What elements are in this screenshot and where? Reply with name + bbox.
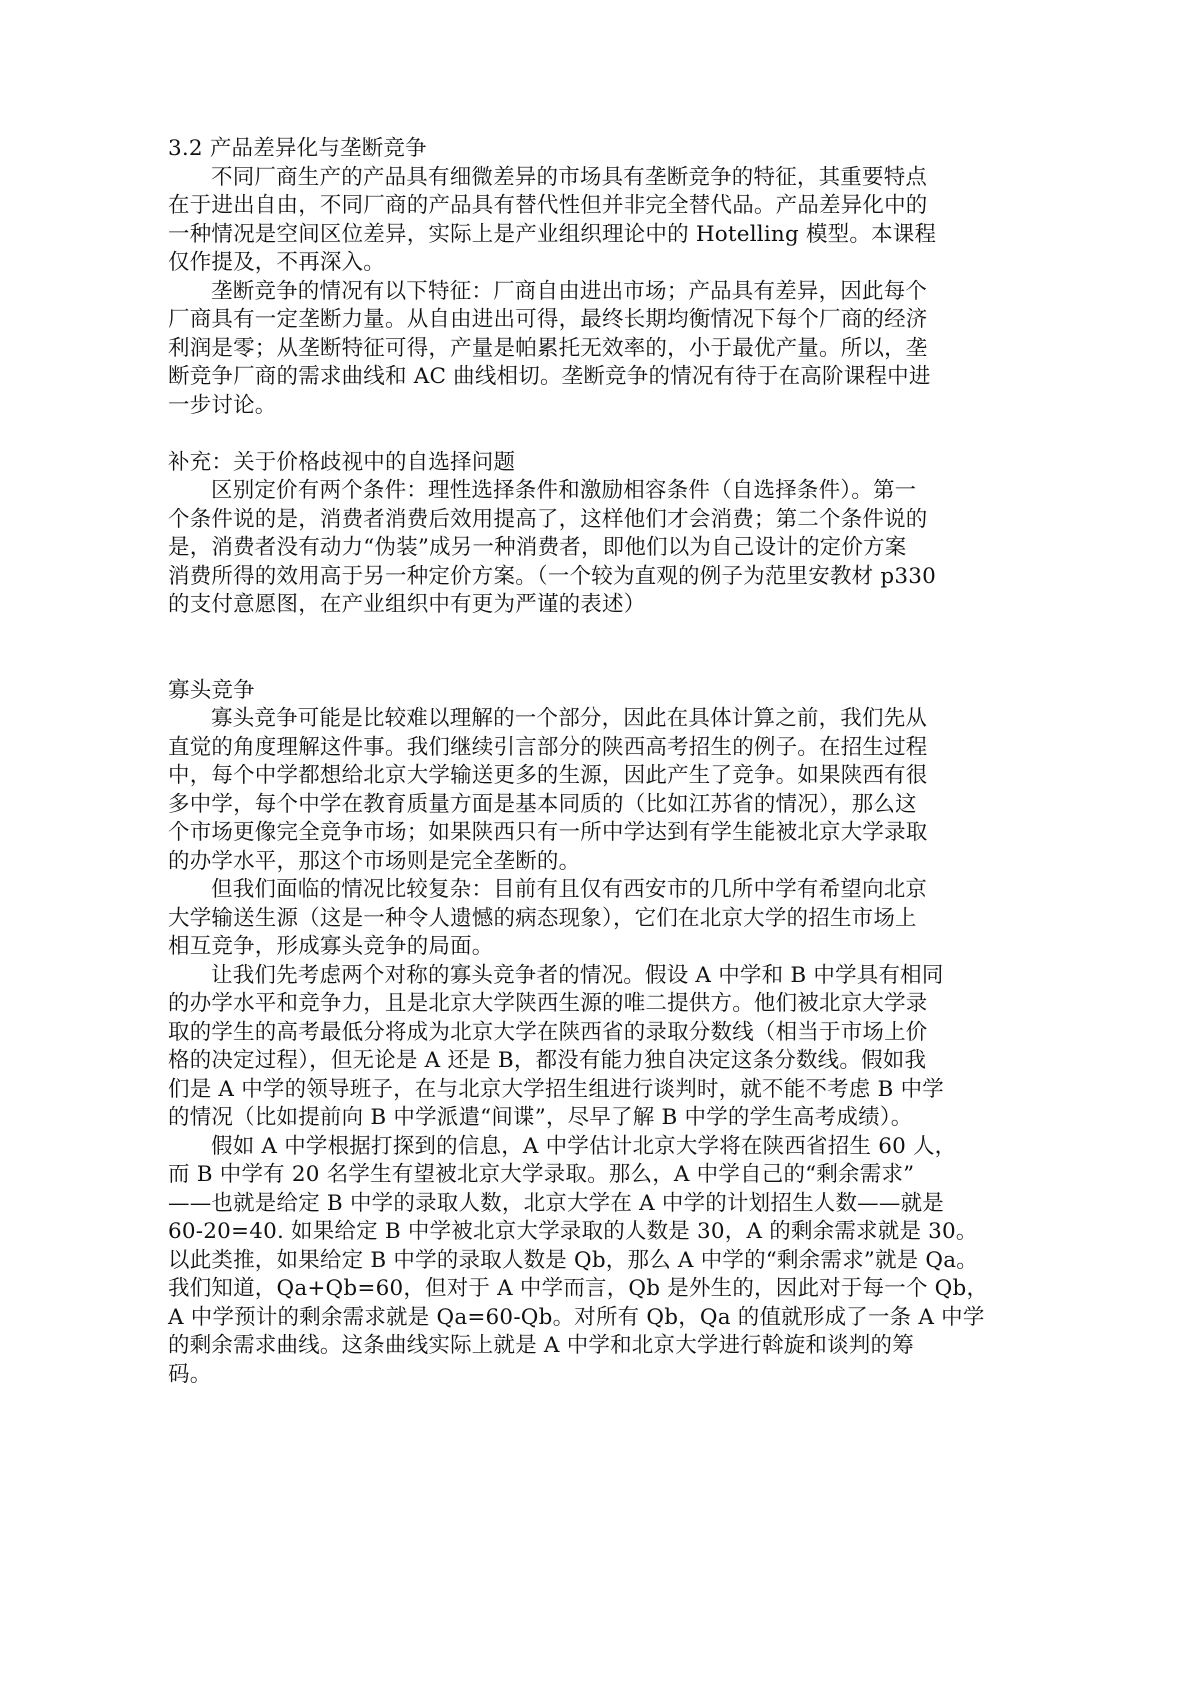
paragraph-line: 的办学水平和竞争力，且是北京大学陕西生源的唯二提供方。他们被北京大学录 xyxy=(168,990,946,1019)
paragraph: 让我们先考虑两个对称的寡头竞争者的情况。假设 A 中学和 B 中学具有相同 的办… xyxy=(168,962,946,1133)
paragraph-line: 中，每个中学都想给北京大学输送更多的生源，因此产生了竞争。如果陕西有很 xyxy=(168,762,946,791)
paragraph-line: 直觉的角度理解这件事。我们继续引言部分的陕西高考招生的例子。在招生过程 xyxy=(168,734,946,763)
paragraph-line: 利润是零；从垄断特征可得，产量是帕累托无效率的，小于最优产量。所以，垄 xyxy=(168,335,946,364)
paragraph-line: A 中学预计的剩余需求就是 Qa=60-Qb。对所有 Qb，Qa 的值就形成了一… xyxy=(168,1304,946,1333)
paragraph: 寡头竞争可能是比较难以理解的一个部分，因此在具体计算之前，我们先从 直觉的角度理… xyxy=(168,705,946,876)
paragraph-line: 厂商具有一定垄断力量。从自由进出可得，最终长期均衡情况下每个厂商的经济 xyxy=(168,306,946,335)
paragraph-line: 以此类推，如果给定 B 中学的录取人数是 Qb，那么 A 中学的“剩余需求”就是… xyxy=(168,1247,946,1276)
paragraph-line: 假如 A 中学根据打探到的信息，A 中学估计北京大学将在陕西省招生 60 人， xyxy=(168,1133,946,1162)
paragraph-line: 消费所得的效用高于另一种定价方案。（一个较为直观的例子为范里安教材 p330 xyxy=(168,563,946,592)
paragraph-line: 区别定价有两个条件：理性选择条件和激励相容条件（自选择条件）。第一 xyxy=(168,477,946,506)
paragraph-line: 的支付意愿图，在产业组织中有更为严谨的表述） xyxy=(168,591,946,620)
paragraph-line: 60-20=40. 如果给定 B 中学被北京大学录取的人数是 30，A 的剩余需… xyxy=(168,1218,946,1247)
paragraph-line: 但我们面临的情况比较复杂：目前有且仅有西安市的几所中学有希望向北京 xyxy=(168,876,946,905)
paragraph-line: 的情况（比如提前向 B 中学派遣“间谍”，尽早了解 B 中学的学生高考成绩）。 xyxy=(168,1104,946,1133)
paragraph-line: 断竞争厂商的需求曲线和 AC 曲线相切。垄断竞争的情况有待于在高阶课程中进 xyxy=(168,363,946,392)
paragraph: 不同厂商生产的产品具有细微差异的市场具有垄断竞争的特征，其重要特点 在于进出自由… xyxy=(168,164,946,278)
paragraph: 但我们面临的情况比较复杂：目前有且仅有西安市的几所中学有希望向北京 大学输送生源… xyxy=(168,876,946,962)
section-heading: 寡头竞争 xyxy=(168,677,946,706)
paragraph-line: 寡头竞争可能是比较难以理解的一个部分，因此在具体计算之前，我们先从 xyxy=(168,705,946,734)
paragraph-line: 在于进出自由，不同厂商的产品具有替代性但并非完全替代品。产品差异化中的 xyxy=(168,192,946,221)
paragraph-line: 取的学生的高考最低分将成为北京大学在陕西省的录取分数线（相当于市场上价 xyxy=(168,1019,946,1048)
paragraph-line: 一步讨论。 xyxy=(168,392,946,421)
paragraph-line: 我们知道，Qa+Qb=60，但对于 A 中学而言，Qb 是外生的，因此对于每一个… xyxy=(168,1275,946,1304)
blank-line xyxy=(168,420,946,449)
blank-line xyxy=(168,620,946,677)
document-page: 3.2 产品差异化与垄断竞争 不同厂商生产的产品具有细微差异的市场具有垄断竞争的… xyxy=(168,135,946,1389)
paragraph-line: 是，消费者没有动力“伪装”成另一种消费者，即他们以为自己设计的定价方案 xyxy=(168,534,946,563)
paragraph-line: 的剩余需求曲线。这条曲线实际上就是 A 中学和北京大学进行斡旋和谈判的筹 xyxy=(168,1332,946,1361)
paragraph-line: 的办学水平，那这个市场则是完全垄断的。 xyxy=(168,848,946,877)
paragraph-line: 让我们先考虑两个对称的寡头竞争者的情况。假设 A 中学和 B 中学具有相同 xyxy=(168,962,946,991)
paragraph-line: 仅作提及，不再深入。 xyxy=(168,249,946,278)
section-heading: 补充：关于价格歧视中的自选择问题 xyxy=(168,449,946,478)
paragraph-line: 一种情况是空间区位差异，实际上是产业组织理论中的 Hotelling 模型。本课… xyxy=(168,221,946,250)
paragraph: 假如 A 中学根据打探到的信息，A 中学估计北京大学将在陕西省招生 60 人， … xyxy=(168,1133,946,1390)
paragraph-line: 们是 A 中学的领导班子，在与北京大学招生组进行谈判时，就不能不考虑 B 中学 xyxy=(168,1076,946,1105)
paragraph-line: 格的决定过程），但无论是 A 还是 B，都没有能力独自决定这条分数线。假如我 xyxy=(168,1047,946,1076)
paragraph-line: ——也就是给定 B 中学的录取人数，北京大学在 A 中学的计划招生人数——就是 xyxy=(168,1190,946,1219)
paragraph-line: 大学输送生源（这是一种令人遗憾的病态现象），它们在北京大学的招生市场上 xyxy=(168,905,946,934)
paragraph-line: 个市场更像完全竞争市场；如果陕西只有一所中学达到有学生能被北京大学录取 xyxy=(168,819,946,848)
paragraph-line: 不同厂商生产的产品具有细微差异的市场具有垄断竞争的特征，其重要特点 xyxy=(168,164,946,193)
paragraph-line: 多中学，每个中学在教育质量方面是基本同质的（比如江苏省的情况），那么这 xyxy=(168,791,946,820)
paragraph-line: 相互竞争，形成寡头竞争的局面。 xyxy=(168,933,946,962)
paragraph: 垄断竞争的情况有以下特征：厂商自由进出市场；产品具有差异，因此每个 厂商具有一定… xyxy=(168,278,946,421)
paragraph-line: 个条件说的是，消费者消费后效用提高了，这样他们才会消费；第二个条件说的 xyxy=(168,506,946,535)
paragraph-line: 而 B 中学有 20 名学生有望被北京大学录取。那么，A 中学自己的“剩余需求” xyxy=(168,1161,946,1190)
section-heading: 3.2 产品差异化与垄断竞争 xyxy=(168,135,946,164)
paragraph-line: 码。 xyxy=(168,1361,946,1390)
paragraph: 区别定价有两个条件：理性选择条件和激励相容条件（自选择条件）。第一 个条件说的是… xyxy=(168,477,946,620)
paragraph-line: 垄断竞争的情况有以下特征：厂商自由进出市场；产品具有差异，因此每个 xyxy=(168,278,946,307)
